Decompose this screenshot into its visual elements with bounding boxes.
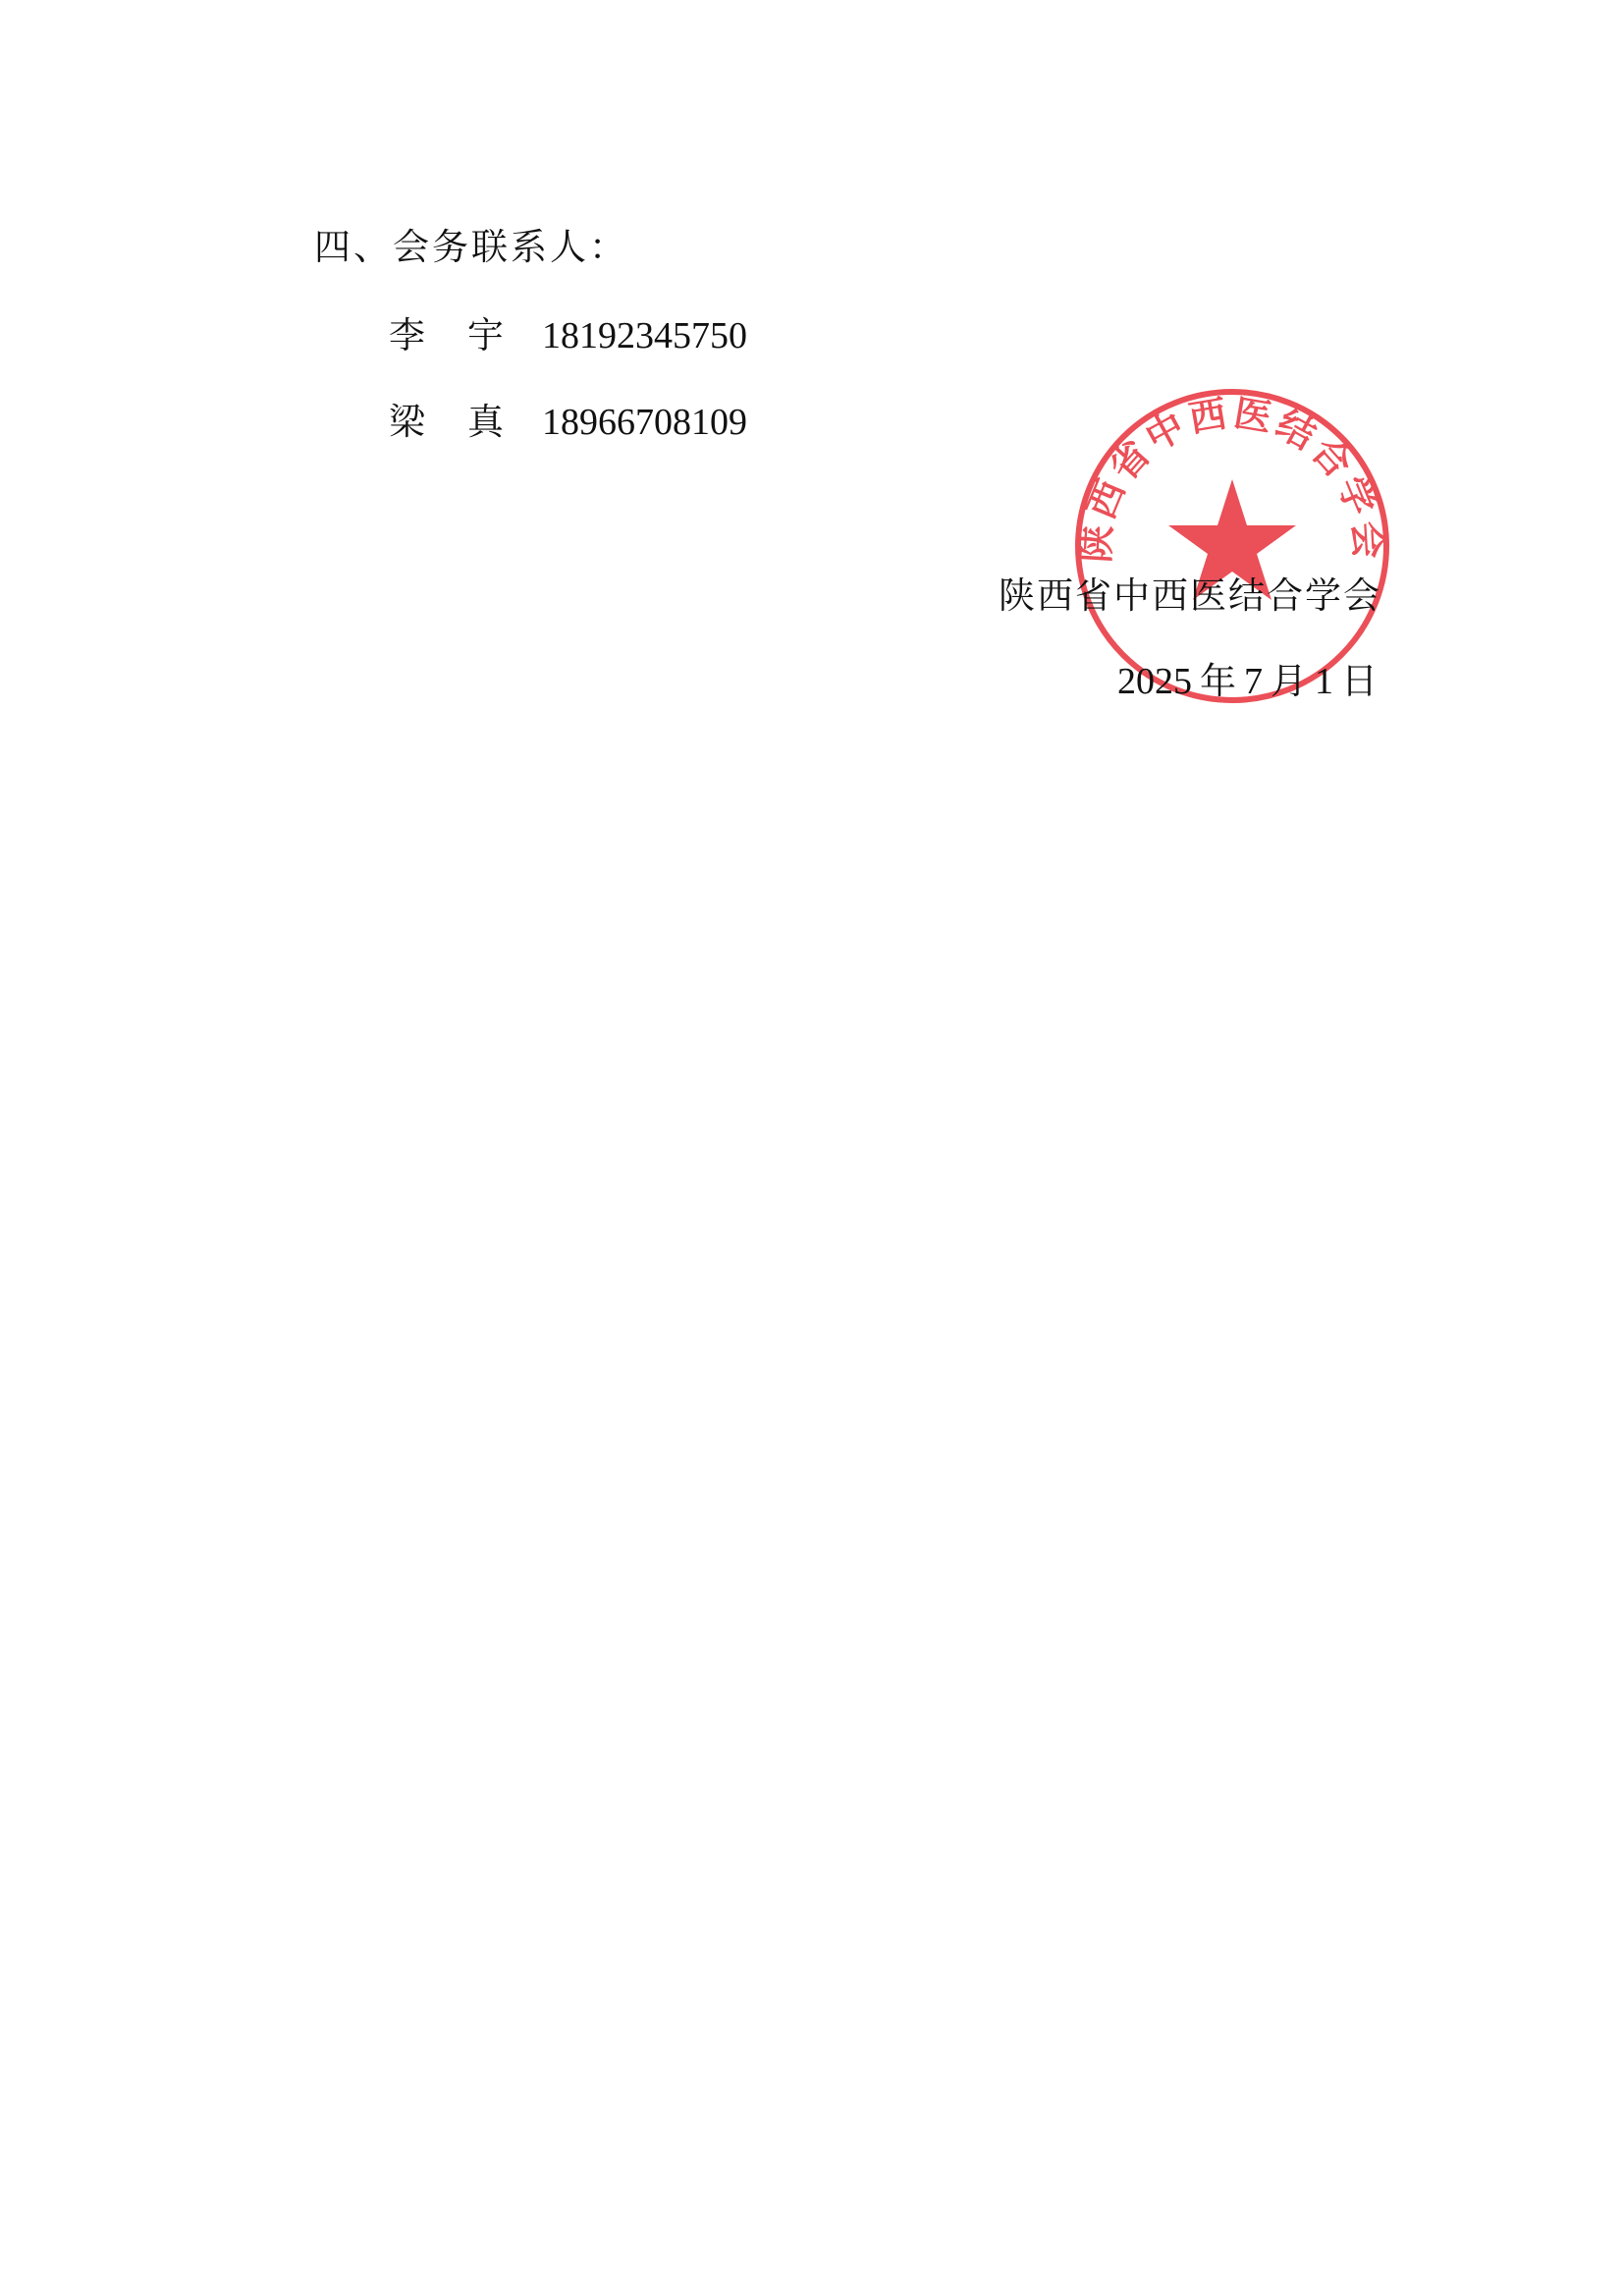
date-day-unit: 日 <box>1341 662 1378 702</box>
contact-phone: 18192345750 <box>542 312 747 359</box>
date-year-unit: 年 <box>1200 662 1236 702</box>
contact-name-char: 李 <box>389 312 425 359</box>
date-day: 1 <box>1315 661 1333 702</box>
signature-organization: 陕西省中西医结合学会 <box>999 573 1381 620</box>
contact-name-char: 宇 <box>467 312 504 359</box>
contact-name-char: 真 <box>467 399 504 446</box>
date-month-unit: 月 <box>1271 662 1307 702</box>
date-month: 7 <box>1244 661 1263 702</box>
contact-name-char: 梁 <box>389 399 425 446</box>
section-heading: 四、会务联系人： <box>314 224 628 271</box>
signature-date: 2025年7月1日 <box>1113 658 1381 706</box>
document-page: 四、会务联系人： 李 宇 18192345750 梁 真 18966708109… <box>0 0 1623 2296</box>
date-year: 2025 <box>1117 661 1192 702</box>
contact-phone: 18966708109 <box>542 399 747 446</box>
